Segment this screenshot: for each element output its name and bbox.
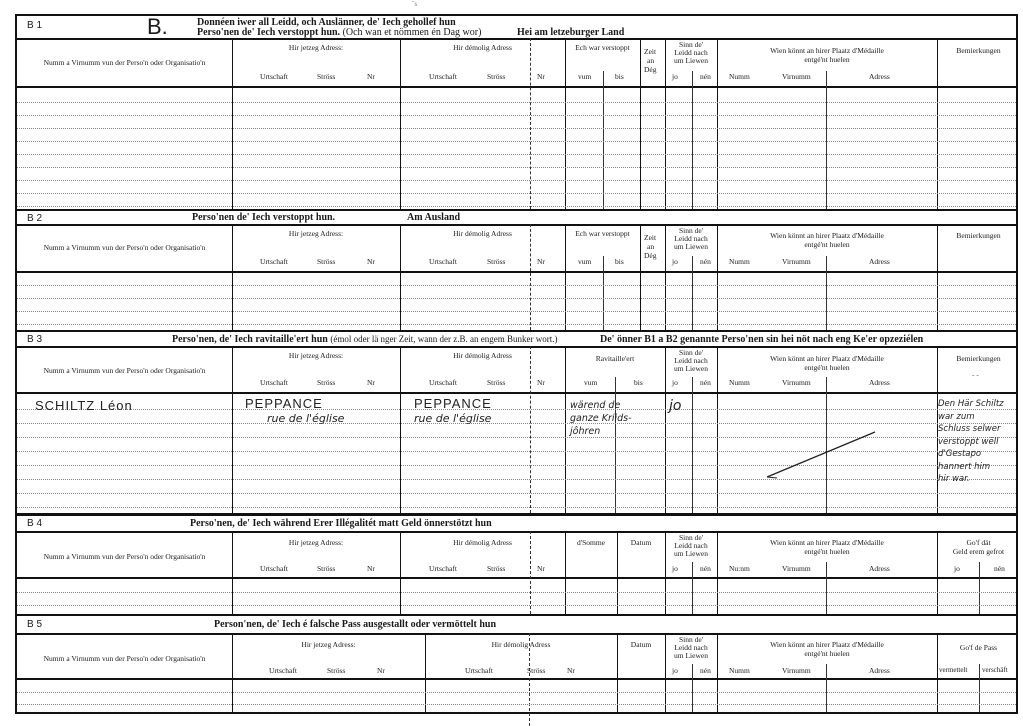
col-alive: um Liewen <box>665 56 717 65</box>
col-somme: d'Somme <box>565 538 617 547</box>
col-urschaft: Urtschaft <box>260 564 288 573</box>
col-jo: jo <box>672 564 678 573</box>
remarks-line: Schluss selwer <box>938 423 1020 436</box>
entry-alive[interactable]: jo <box>669 398 681 414</box>
col-stross: Ströss <box>317 72 335 81</box>
col-verschaft: verschäft <box>982 666 1008 675</box>
col-medal: entgé'nt huelen <box>717 363 937 372</box>
col-zeit: Zeit <box>644 47 656 56</box>
col-nr: Nr <box>567 666 575 675</box>
subtitle-normal: (Och wan et nömmen én Dag wor) <box>343 27 482 38</box>
entry-remarks[interactable]: Den Här Schiltz war zum Schluss selwer v… <box>938 398 1020 486</box>
col-medal: Wien könnt an hirer Plaatz d'Médaille <box>717 538 937 547</box>
col-jo: jo <box>672 72 678 81</box>
section-id: B 2 <box>27 213 42 224</box>
col-virnumm: Virnumm <box>782 72 811 81</box>
col-medal: Wien könnt an hirer Plaatz d'Médaille <box>717 46 937 55</box>
col-bis: bis <box>615 257 624 266</box>
col-urschaft: Urtschaft <box>260 378 288 387</box>
col-zeit: Dég <box>644 251 657 260</box>
section-title: Person'nen, de' Iech é falsche Pass ausg… <box>214 619 496 630</box>
subtitle-bold: Perso'nen de' Iech verstoppt hun. <box>197 27 340 38</box>
col-urschaft: Urtschaft <box>429 564 457 573</box>
remarks-line: Den Här Schiltz <box>938 398 1020 411</box>
section-b3: B 3 Perso'nen, de' Iech ravitaille'ert h… <box>15 330 1018 515</box>
col-gave-money: Go'f dät <box>937 538 1020 547</box>
remarks-line: d'Gestapo <box>938 448 1020 461</box>
section-b1: B 1 B. Donnéen iwer all Leidd, och Auslä… <box>15 14 1018 211</box>
section-id: B 3 <box>27 334 42 345</box>
col-zeit: an <box>647 56 654 65</box>
col-stross: Ströss <box>487 257 505 266</box>
col-medal: entgé'nt huelen <box>717 240 937 249</box>
col-medal: Wien könnt an hirer Plaatz d'Médaille <box>717 640 937 649</box>
title-normal: (émol oder lä nger Zeit, wann der z.B. a… <box>330 334 557 344</box>
col-urschaft: Urtschaft <box>260 257 288 266</box>
section-title: Perso'nen de' Iech verstoppt hun. <box>192 212 335 223</box>
col-alive: um Liewen <box>665 364 717 373</box>
col-jo: jo <box>954 564 960 573</box>
col-stross: Ströss <box>317 257 335 266</box>
col-bis: bis <box>615 72 624 81</box>
section-b5: B 5 Person'nen, de' Iech é falsche Pass … <box>15 614 1018 714</box>
section-note: De' önner B1 a B2 genannte Perso'nen sin… <box>600 334 923 345</box>
col-urschaft: Urtschaft <box>260 72 288 81</box>
col-nr: Nr <box>367 257 375 266</box>
col-datum: Datum <box>617 640 665 649</box>
section-title: Perso'nen, de' Iech während Erer Illégal… <box>190 518 492 529</box>
col-nen: nén <box>700 257 711 266</box>
col-name: Numm a Virnumm vun der Perso'n oder Orga… <box>17 654 232 663</box>
col-virnumm: Virnumm <box>782 666 811 675</box>
col-nr: Nr <box>377 666 385 675</box>
entry-period[interactable]: jôhren <box>570 426 600 437</box>
entry-name[interactable]: SCHILTZ Léon <box>35 398 133 413</box>
col-urschaft: Urtschaft <box>429 72 457 81</box>
section-subtitle: Perso'nen de' Iech verstoppt hun. (Och w… <box>197 27 481 38</box>
col-medal: entgé'nt huelen <box>717 55 937 64</box>
col-stross: Ströss <box>327 666 345 675</box>
remarks-line: war zum <box>938 411 1020 424</box>
col-gave-money: Geld erem gefrot <box>937 547 1020 556</box>
entry-current-street[interactable]: rue de l'église <box>267 412 344 425</box>
col-pass: Go'f de Pass <box>937 643 1020 652</box>
location-label: Hei am letzeburger Land <box>517 27 624 38</box>
col-virnumm: Virnumm <box>782 257 811 266</box>
section-b2: B 2 Perso'nen de' Iech verstoppt hun. Am… <box>15 209 1018 332</box>
big-letter: B. <box>147 14 168 40</box>
col-alive: um Liewen <box>665 242 717 251</box>
col-alive: um Liewen <box>665 651 717 660</box>
col-urschaft: Urtschaft <box>429 257 457 266</box>
remarks-line: verstoppt wëll <box>938 436 1020 449</box>
col-remarks: Bemierkungen <box>937 46 1020 55</box>
section-id: B 1 <box>27 20 42 31</box>
col-zeit: Zeit <box>644 233 656 242</box>
col-adress: Adress <box>869 72 890 81</box>
col-nr: Nr <box>367 378 375 387</box>
col-nen: nén <box>700 378 711 387</box>
col-urschaft: Urtschaft <box>269 666 297 675</box>
col-medal: Wien könnt an hirer Plaatz d'Médaille <box>717 354 937 363</box>
col-hid: Ech war verstoppt <box>565 229 640 238</box>
col-vum: vum <box>584 378 597 387</box>
remarks-line: hir war. <box>938 473 1020 486</box>
col-adress: Adress <box>869 378 890 387</box>
entry-period[interactable]: wärend de <box>570 400 620 411</box>
col-medal: Wien könnt an hirer Plaatz d'Médaille <box>717 231 937 240</box>
col-name: Numm a Virnumm vun der Perso'n oder Orga… <box>17 243 232 252</box>
col-current-address: Hir jetzeg Adress: <box>232 351 400 360</box>
col-current-address: Hir jetzeg Adress: <box>232 229 400 238</box>
col-nr: Nr <box>367 564 375 573</box>
stray-mark: ˇs <box>412 0 417 9</box>
remarks-mark: - - <box>972 370 979 379</box>
section-b4: B 4 Perso'nen, de' Iech während Erer Ill… <box>15 514 1018 616</box>
col-current-address: Hir jetzeg Adress: <box>232 43 400 52</box>
col-adress: Adress <box>869 564 890 573</box>
col-bis: bis <box>634 378 643 387</box>
col-virnumm: Virnumm <box>782 564 811 573</box>
title-bold: Perso'nen, de' Iech ravitaille'ert hun <box>172 334 328 345</box>
col-nen: nén <box>994 564 1005 573</box>
col-alive: um Liewen <box>665 549 717 558</box>
col-stross: Ströss <box>317 564 335 573</box>
col-zeit: an <box>647 242 654 251</box>
col-urschaft: Urtschaft <box>465 666 493 675</box>
col-numm: Nu:nm <box>729 564 750 573</box>
remarks-line: hannert him <box>938 461 1020 474</box>
col-current-address: Hir jetzeg Adress: <box>232 538 400 547</box>
col-nen: nén <box>700 564 711 573</box>
col-former-address: Hir démolig Adress <box>400 43 565 52</box>
col-adress: Adress <box>869 257 890 266</box>
col-virnumm: Virnumm <box>782 378 811 387</box>
location-label: Am Ausland <box>407 212 460 223</box>
col-ravitailleert: Ravitaille'ert <box>565 354 665 363</box>
col-vum: vum <box>578 257 591 266</box>
col-stross: Ströss <box>527 666 545 675</box>
strike-line-icon <box>717 392 937 517</box>
col-former-address: Hir démolig Adress <box>400 229 565 238</box>
col-nr: Nr <box>537 564 545 573</box>
col-former-address: Hir démolig Adress <box>400 351 565 360</box>
col-remarks: Bemierkungen <box>937 354 1020 363</box>
entry-former-street[interactable]: rue de l'église <box>414 412 491 425</box>
entry-current-city[interactable]: PEPPANCE <box>245 396 323 411</box>
col-datum: Datum <box>617 538 665 547</box>
col-vermettelt: vermettelt <box>939 666 967 675</box>
col-nr: Nr <box>537 257 545 266</box>
section-id: B 4 <box>27 518 42 529</box>
col-adress: Adress <box>869 666 890 675</box>
col-vum: vum <box>578 72 591 81</box>
col-numm: Numm <box>729 72 750 81</box>
col-hid: Ech war verstoppt <box>565 43 640 52</box>
col-urschaft: Urtschaft <box>429 378 457 387</box>
col-stross: Ströss <box>487 564 505 573</box>
col-numm: Numm <box>729 666 750 675</box>
col-former-address: Hir démolig Adress <box>400 538 565 547</box>
entry-period[interactable]: ganze Kriids- <box>570 413 632 424</box>
col-name: Numm a Virnumm vun der Perso'n oder Orga… <box>17 58 232 67</box>
col-medal: entgé'nt huelen <box>717 649 937 658</box>
col-stross: Ströss <box>487 378 505 387</box>
col-current-address: Hir jetzeg Adress: <box>232 640 425 649</box>
col-stross: Ströss <box>317 378 335 387</box>
col-jo: jo <box>672 257 678 266</box>
entry-former-city[interactable]: PEPPANCE <box>414 396 492 411</box>
col-name: Numm a Virnumm vun der Perso'n oder Orga… <box>17 366 232 375</box>
col-medal: entgé'nt huelen <box>717 547 937 556</box>
col-name: Numm a Virnumm vun der Perso'n oder Orga… <box>17 552 232 561</box>
col-nen: nén <box>700 72 711 81</box>
col-former-address: Hir démolig Adress <box>425 640 617 649</box>
section-title: Perso'nen, de' Iech ravitaille'ert hun (… <box>172 334 558 345</box>
col-nr: Nr <box>367 72 375 81</box>
section-id: B 5 <box>27 619 42 630</box>
col-nr: Nr <box>537 378 545 387</box>
col-nr: Nr <box>537 72 545 81</box>
col-numm: Numm <box>729 257 750 266</box>
col-zeit: Dég <box>644 65 657 74</box>
col-remarks: Bemierkungen <box>937 231 1020 240</box>
col-nen: nén <box>700 666 711 675</box>
col-jo: jo <box>672 378 678 387</box>
col-numm: Numm <box>729 378 750 387</box>
col-jo: jo <box>672 666 678 675</box>
col-stross: Ströss <box>487 72 505 81</box>
